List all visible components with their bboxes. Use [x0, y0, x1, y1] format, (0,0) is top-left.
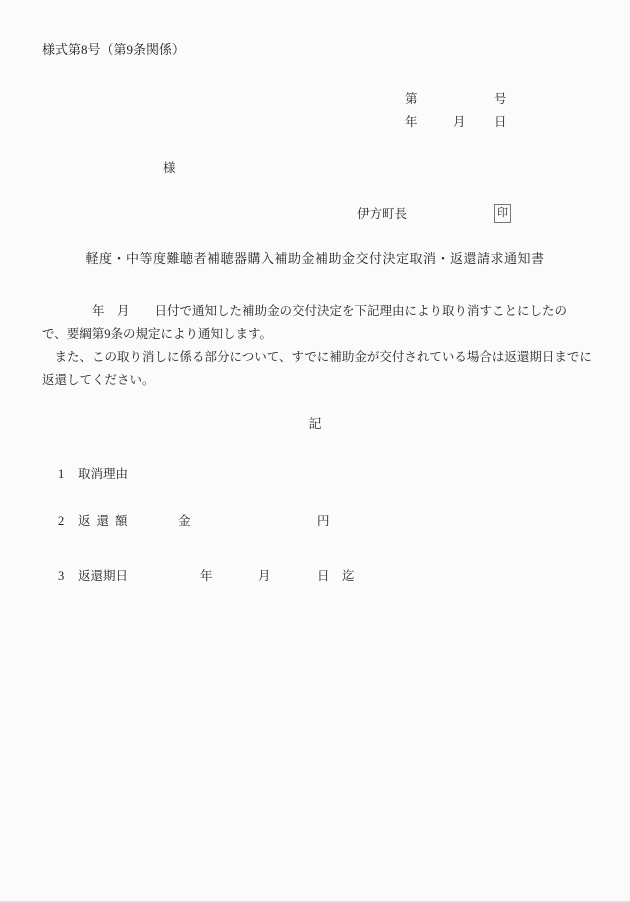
paragraph2-line2: 返還してください。 [42, 372, 155, 388]
sender-title: 伊方町長 [357, 206, 407, 222]
item3-year-label: 年 [200, 568, 213, 584]
list-item-return-deadline: 3 返還期日 年 月 日 迄 [0, 568, 630, 586]
form-number-label: 様式第8号（第9条関係） [42, 42, 185, 59]
item1-number: 1 [58, 466, 64, 482]
seal-box: 印 [494, 204, 511, 223]
item3-until-label: 迄 [342, 568, 355, 584]
document-page: 様式第8号（第9条関係） 第 号 年 月 日 様 伊方町長 印 軽度・中等度難聴… [0, 0, 630, 903]
doc-number-prefix: 第 [405, 91, 418, 107]
paragraph1-line1: 年 月 日付で通知した補助金の交付決定を下記理由により取り消すことにしたの [42, 303, 567, 319]
list-item-return-amount: 2 返還額 金 円 [0, 513, 630, 531]
document-title: 軽度・中等度難聴者補聴器購入補助金補助金交付決定取消・返還請求通知書 [0, 251, 630, 268]
issue-date-day-label: 日 [494, 114, 507, 130]
item3-day-label: 日 [317, 568, 330, 584]
item2-number: 2 [58, 513, 64, 529]
issue-date-year-label: 年 [405, 114, 418, 130]
item1-label: 取消理由 [78, 466, 128, 482]
addressee-honorific: 様 [163, 160, 176, 176]
sender-row: 伊方町長 [0, 206, 630, 224]
paragraph1-line2: で、要綱第9条の規定により通知します。 [42, 326, 272, 342]
item3-label: 返還期日 [78, 568, 128, 584]
note-heading: 記 [0, 416, 630, 433]
paragraph2-line1: また、この取り消しに係る部分について、すでに補助金が交付されている場合は返還期日… [42, 349, 592, 365]
doc-number-row: 第 号 [0, 91, 630, 109]
item2-amount-prefix: 金 [178, 513, 191, 529]
doc-number-suffix: 号 [494, 91, 507, 107]
item2-label: 返還額 [78, 513, 134, 529]
list-item-cancel-reason: 1 取消理由 [0, 466, 630, 484]
item2-amount-unit: 円 [317, 513, 330, 529]
issue-date-row: 年 月 日 [0, 114, 630, 132]
issue-date-month-label: 月 [453, 114, 466, 130]
item3-number: 3 [58, 568, 64, 584]
item3-month-label: 月 [258, 568, 271, 584]
